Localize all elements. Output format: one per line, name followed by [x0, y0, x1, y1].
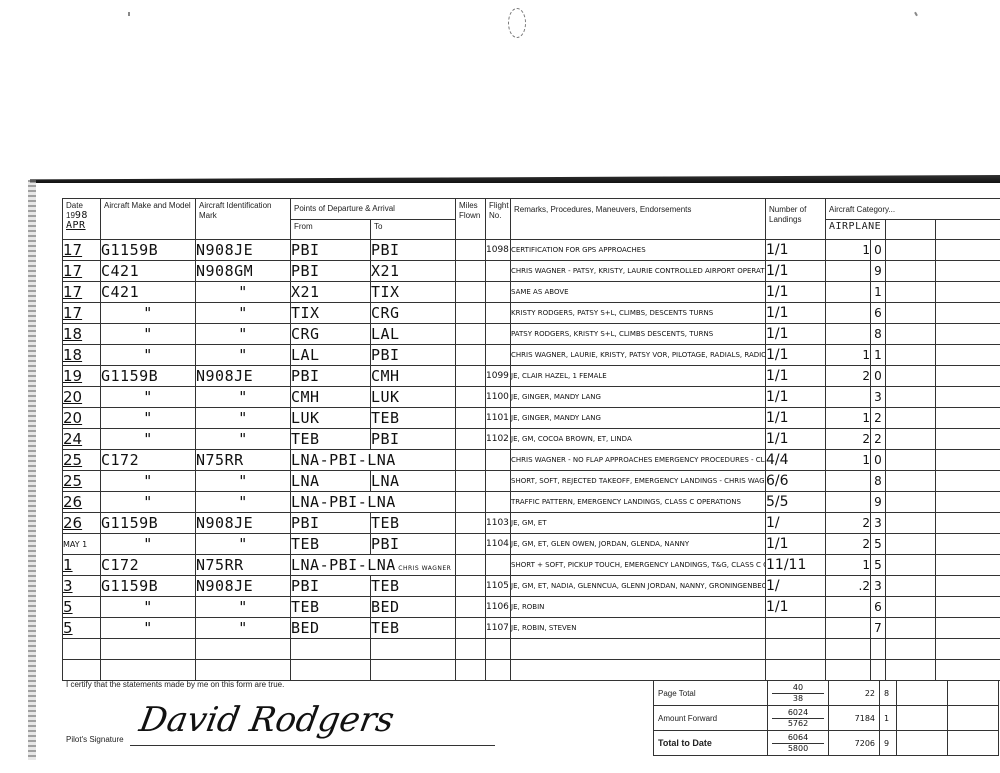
entry-airplane-hours: 1 [826, 240, 871, 261]
entry-remarks: KRISTY RODGERS, PATSY S+L, CLIMBS, DESCE… [511, 303, 766, 324]
entry-airplane-tenths: 5 [871, 534, 886, 555]
entry-flight-no: 1103 [486, 513, 511, 534]
category-blank-header [886, 220, 936, 240]
totals-airplane-tenths: 8 [880, 681, 897, 706]
empty-cell [936, 240, 1000, 261]
entry-aircraft-ident: " [196, 345, 291, 366]
entry-airplane-hours [826, 324, 871, 345]
entry-to: TEB [371, 618, 456, 639]
log-entry-row: 18""CRGLALPATSY RODGERS, KRISTY S+L, CLI… [63, 324, 1000, 345]
entry-remarks: CHRIS WAGNER - PATSY, KRISTY, LAURIE CON… [511, 261, 766, 282]
entry-airplane-tenths: 3 [871, 576, 886, 597]
empty-cell [897, 681, 948, 706]
entry-landings: 1/1 [766, 261, 826, 282]
log-entry-row: 5""BEDTEB1107JE, ROBIN, STEVEN7 [63, 618, 1000, 639]
entry-landings: 1/1 [766, 366, 826, 387]
entry-remarks: SAME AS ABOVE [511, 282, 766, 303]
entry-to: CMH [371, 366, 456, 387]
entry-landings: 1/1 [766, 534, 826, 555]
log-entry-row: 25C172N75RRLNA-PBI-LNACHRIS WAGNER - NO … [63, 450, 1000, 471]
entry-aircraft-ident: N75RR [196, 450, 291, 471]
entry-remarks: CERTIFICATION FOR GPS APPROACHES [511, 240, 766, 261]
entry-to: LUK [371, 387, 456, 408]
entry-from: X21 [291, 282, 371, 303]
airplane-category-header: AIRPLANE [826, 220, 886, 240]
entry-flight-no [486, 450, 511, 471]
entry-airplane-hours: .2 [826, 576, 871, 597]
log-entry-row: 18""LALPBICHRIS WAGNER, LAURIE, KRISTY, … [63, 345, 1000, 366]
entry-flight-no [486, 282, 511, 303]
entry-date: 25 [63, 471, 101, 492]
empty-cell [936, 366, 1000, 387]
empty-cell [948, 706, 999, 731]
log-entry-row: 17G1159BN908JEPBIPBI1098CERTIFICATION FO… [63, 240, 1000, 261]
entry-airplane-tenths: 1 [871, 282, 886, 303]
log-entry-row: 5""TEBBED1106JE, ROBIN1/16 [63, 597, 1000, 618]
empty-cell [511, 660, 766, 681]
entry-airplane-hours: 1 [826, 450, 871, 471]
entry-aircraft-model: C421 [101, 282, 196, 303]
totals-landings-night: 38 [772, 694, 824, 704]
empty-cell [291, 639, 371, 660]
entry-landings: 1/1 [766, 282, 826, 303]
log-entry-row [63, 639, 1000, 660]
entry-airplane-tenths: 9 [871, 261, 886, 282]
entry-airplane-tenths: 9 [871, 492, 886, 513]
miles-flown-header: Miles Flown [456, 199, 486, 240]
entry-to: LAL [371, 324, 456, 345]
log-entry-row: 17C421N908GMPBIX21CHRIS WAGNER - PATSY, … [63, 261, 1000, 282]
entry-miles [456, 471, 486, 492]
entry-aircraft-model: " [101, 597, 196, 618]
empty-cell [196, 639, 291, 660]
empty-cell [886, 639, 936, 660]
log-entry-row: 17""TIXCRGKRISTY RODGERS, PATSY S+L, CLI… [63, 303, 1000, 324]
entry-flight-no: 1098 [486, 240, 511, 261]
entry-flight-no: 1100 [486, 387, 511, 408]
log-entry-row [63, 660, 1000, 681]
empty-cell [886, 513, 936, 534]
entry-remarks: JE, GM, COCOA BROWN, ET, LINDA [511, 429, 766, 450]
totals-row: Amount Forward6024576271841 [654, 706, 999, 731]
empty-cell [886, 450, 936, 471]
entry-date: 17 [63, 261, 101, 282]
entry-date: 17 [63, 240, 101, 261]
entry-route: LNA-PBI-LNA [291, 492, 456, 513]
entry-airplane-tenths: 2 [871, 429, 886, 450]
empty-cell [886, 660, 936, 681]
entry-date: 17 [63, 303, 101, 324]
entry-from: CMH [291, 387, 371, 408]
empty-cell [486, 639, 511, 660]
empty-cell [886, 534, 936, 555]
empty-cell [886, 492, 936, 513]
empty-cell [826, 660, 871, 681]
aircraft-ident-header: Aircraft Identification Mark [196, 199, 291, 240]
entry-route-note: CHRIS WAGNER [396, 565, 451, 572]
entry-landings: 1/1 [766, 408, 826, 429]
from-header: From [291, 220, 371, 240]
empty-cell [886, 324, 936, 345]
empty-cell [886, 555, 936, 576]
totals-landings: 60245762 [768, 706, 829, 731]
empty-cell [936, 660, 1000, 681]
empty-cell [456, 639, 486, 660]
log-entry-row: 20""LUKTEB1101JE, GINGER, MANDY LANG1/11… [63, 408, 1000, 429]
entry-remarks: JE, GM, ET [511, 513, 766, 534]
totals-airplane-hours: 7184 [829, 706, 880, 731]
empty-cell [871, 660, 886, 681]
entry-remarks: JE, GINGER, MANDY LANG [511, 387, 766, 408]
entry-landings: 1/1 [766, 303, 826, 324]
entry-to: LNA [371, 471, 456, 492]
flight-no-header: Flight No. [486, 199, 511, 240]
entry-airplane-hours [826, 261, 871, 282]
entry-aircraft-ident: N908JE [196, 576, 291, 597]
entry-airplane-hours [826, 303, 871, 324]
entry-to: TEB [371, 576, 456, 597]
entry-airplane-tenths: 7 [871, 618, 886, 639]
entry-flight-no: 1104 [486, 534, 511, 555]
empty-cell [886, 366, 936, 387]
entry-from: PBI [291, 576, 371, 597]
entry-aircraft-ident: N908GM [196, 261, 291, 282]
empty-cell [871, 639, 886, 660]
entry-from: LAL [291, 345, 371, 366]
entry-remarks: SHORT + SOFT, PICKUP TOUCH, EMERGENCY LA… [511, 555, 766, 576]
empty-cell [511, 639, 766, 660]
totals-airplane-hours: 7206 [829, 731, 880, 756]
entry-from: TEB [291, 597, 371, 618]
entry-landings: 1/1 [766, 240, 826, 261]
entry-landings: 5/5 [766, 492, 826, 513]
entry-to: TEB [371, 513, 456, 534]
empty-cell [936, 555, 1000, 576]
entry-aircraft-model: " [101, 429, 196, 450]
empty-cell [886, 471, 936, 492]
entry-date: 18 [63, 324, 101, 345]
entry-miles [456, 282, 486, 303]
category-blank-header [936, 220, 1000, 240]
entry-airplane-tenths: 5 [871, 555, 886, 576]
empty-cell [897, 706, 948, 731]
entry-date: 18 [63, 345, 101, 366]
entry-airplane-hours [826, 471, 871, 492]
entry-landings [766, 618, 826, 639]
entry-aircraft-model: " [101, 345, 196, 366]
signature-label: Pilot's Signature [66, 735, 124, 744]
entry-flight-no [486, 324, 511, 345]
empty-cell [371, 660, 456, 681]
entry-airplane-hours: 2 [826, 513, 871, 534]
entry-aircraft-model: " [101, 618, 196, 639]
entry-miles [456, 534, 486, 555]
log-entry-row: 19G1159BN908JEPBICMH1099JE, CLAIR HAZEL,… [63, 366, 1000, 387]
empty-cell [886, 303, 936, 324]
entry-airplane-hours [826, 387, 871, 408]
empty-cell [936, 303, 1000, 324]
empty-cell [886, 282, 936, 303]
entry-landings: 11/11 [766, 555, 826, 576]
entry-aircraft-ident: " [196, 303, 291, 324]
empty-cell [936, 387, 1000, 408]
entry-aircraft-ident: " [196, 408, 291, 429]
entry-airplane-hours [826, 282, 871, 303]
empty-cell [456, 660, 486, 681]
entry-aircraft-model: " [101, 408, 196, 429]
entry-to: PBI [371, 534, 456, 555]
empty-cell [63, 639, 101, 660]
entry-airplane-tenths: 2 [871, 408, 886, 429]
entry-landings: 1/1 [766, 387, 826, 408]
empty-cell [936, 513, 1000, 534]
empty-cell [948, 731, 999, 756]
entry-from: LUK [291, 408, 371, 429]
entry-aircraft-ident: " [196, 387, 291, 408]
entry-from: LNA [291, 471, 371, 492]
entry-date: 24 [63, 429, 101, 450]
entry-to: TIX [371, 282, 456, 303]
entry-miles [456, 345, 486, 366]
entry-aircraft-model: C172 [101, 450, 196, 471]
entry-remarks: SHORT, SOFT, REJECTED TAKEOFF, EMERGENCY… [511, 471, 766, 492]
entry-aircraft-ident: " [196, 618, 291, 639]
empty-cell [886, 345, 936, 366]
signature-line [130, 745, 495, 746]
log-entry-row: 24""TEBPBI1102JE, GM, COCOA BROWN, ET, L… [63, 429, 1000, 450]
entry-to: BED [371, 597, 456, 618]
totals-airplane-tenths: 1 [880, 706, 897, 731]
empty-cell [101, 639, 196, 660]
totals-landings-day: 6064 [772, 733, 824, 744]
hole-punch-mark [508, 8, 526, 38]
entry-airplane-tenths: 0 [871, 240, 886, 261]
log-entry-row: 1C172N75RRLNA-PBI-LNA CHRIS WAGNERSHORT … [63, 555, 1000, 576]
entry-aircraft-ident: " [196, 471, 291, 492]
log-entry-row: 26G1159BN908JEPBITEB1103JE, GM, ET1/23 [63, 513, 1000, 534]
entry-from: BED [291, 618, 371, 639]
empty-cell [936, 345, 1000, 366]
entry-flight-no [486, 345, 511, 366]
entry-date: 25 [63, 450, 101, 471]
entry-aircraft-model: C421 [101, 261, 196, 282]
page-binding-edge [28, 180, 36, 760]
totals-landings-night: 5762 [772, 719, 824, 729]
entry-flight-no: 1105 [486, 576, 511, 597]
entry-from: PBI [291, 261, 371, 282]
entry-aircraft-ident: " [196, 492, 291, 513]
entry-airplane-tenths: 0 [871, 450, 886, 471]
entry-landings: 1/1 [766, 597, 826, 618]
entry-airplane-hours [826, 492, 871, 513]
empty-cell [936, 324, 1000, 345]
empty-cell [766, 660, 826, 681]
empty-cell [936, 576, 1000, 597]
entry-airplane-tenths: 8 [871, 324, 886, 345]
page-edge-shadow [30, 175, 1000, 183]
entry-flight-no: 1099 [486, 366, 511, 387]
entry-from: PBI [291, 240, 371, 261]
entry-remarks: JE, ROBIN, STEVEN [511, 618, 766, 639]
entry-airplane-tenths: 8 [871, 471, 886, 492]
entry-flight-no [486, 492, 511, 513]
entry-aircraft-ident: " [196, 429, 291, 450]
entry-from: TIX [291, 303, 371, 324]
scan-speck [914, 12, 918, 16]
entry-flight-no: 1101 [486, 408, 511, 429]
totals-landings-night: 5800 [772, 744, 824, 754]
empty-cell [886, 387, 936, 408]
logbook-rows: 17G1159BN908JEPBIPBI1098CERTIFICATION FO… [63, 240, 1000, 681]
empty-cell [196, 660, 291, 681]
certification-statement: I certify that the statements made by me… [66, 680, 284, 689]
entry-aircraft-model: C172 [101, 555, 196, 576]
entry-flight-no [486, 303, 511, 324]
entry-date: 19 [63, 366, 101, 387]
entry-airplane-tenths: 0 [871, 366, 886, 387]
entry-flight-no: 1107 [486, 618, 511, 639]
empty-cell [886, 429, 936, 450]
entry-aircraft-ident: N908JE [196, 240, 291, 261]
totals-landings-day: 6024 [772, 708, 824, 719]
entry-remarks: JE, GM, ET, GLEN OWEN, JORDAN, GLENDA, N… [511, 534, 766, 555]
log-entry-row: 3G1159BN908JEPBITEB1105JE, GM, ET, NADIA… [63, 576, 1000, 597]
totals-landings: 4038 [768, 681, 829, 706]
empty-cell [886, 597, 936, 618]
empty-cell [371, 639, 456, 660]
landings-header: Number of Landings [766, 199, 826, 240]
entry-to: PBI [371, 429, 456, 450]
entry-miles [456, 429, 486, 450]
empty-cell [936, 429, 1000, 450]
entry-miles [456, 492, 486, 513]
entry-aircraft-model: G1159B [101, 240, 196, 261]
entry-aircraft-model: " [101, 324, 196, 345]
points-header: Points of Departure & Arrival [291, 199, 456, 220]
entry-landings: 1/1 [766, 429, 826, 450]
entry-remarks: TRAFFIC PATTERN, EMERGENCY LANDINGS, CLA… [511, 492, 766, 513]
log-entry-row: 26""LNA-PBI-LNATRAFFIC PATTERN, EMERGENC… [63, 492, 1000, 513]
entry-landings: 4/4 [766, 450, 826, 471]
empty-cell [886, 408, 936, 429]
entry-from: TEB [291, 534, 371, 555]
entry-remarks: JE, GM, ET, NADIA, GLENNCUA, GLENN JORDA… [511, 576, 766, 597]
entry-remarks: CHRIS WAGNER, LAURIE, KRISTY, PATSY VOR,… [511, 345, 766, 366]
log-entry-row: 20""CMHLUK1100JE, GINGER, MANDY LANG1/13 [63, 387, 1000, 408]
log-entry-row: MAY 1""TEBPBI1104JE, GM, ET, GLEN OWEN, … [63, 534, 1000, 555]
entry-aircraft-ident: " [196, 534, 291, 555]
entry-aircraft-model: " [101, 387, 196, 408]
empty-cell [63, 660, 101, 681]
empty-cell [936, 450, 1000, 471]
entry-aircraft-model: G1159B [101, 576, 196, 597]
entry-miles [456, 618, 486, 639]
empty-cell [826, 639, 871, 660]
empty-cell [897, 731, 948, 756]
totals-label: Total to Date [654, 731, 768, 756]
entry-airplane-tenths: 6 [871, 303, 886, 324]
log-entry-row: 17C421"X21TIXSAME AS ABOVE1/11 [63, 282, 1000, 303]
entry-landings: 1/ [766, 576, 826, 597]
entry-flight-no: 1106 [486, 597, 511, 618]
entry-landings: 1/1 [766, 345, 826, 366]
entry-to: PBI [371, 345, 456, 366]
entry-aircraft-model: " [101, 303, 196, 324]
entry-airplane-hours: 2 [826, 366, 871, 387]
totals-row: Page Total4038228 [654, 681, 999, 706]
entry-miles [456, 513, 486, 534]
entry-from: CRG [291, 324, 371, 345]
entry-aircraft-model: G1159B [101, 513, 196, 534]
totals-table: Page Total4038228Amount Forward602457627… [653, 680, 999, 756]
entry-airplane-hours [826, 597, 871, 618]
entry-landings: 1/ [766, 513, 826, 534]
entry-date: 5 [63, 618, 101, 639]
totals-landings: 60645800 [768, 731, 829, 756]
empty-cell [936, 492, 1000, 513]
entry-flight-no [486, 471, 511, 492]
log-entry-row: 25""LNALNASHORT, SOFT, REJECTED TAKEOFF,… [63, 471, 1000, 492]
to-header: To [371, 220, 456, 240]
totals-landings-day: 40 [772, 683, 824, 694]
empty-cell [936, 639, 1000, 660]
entry-aircraft-ident: N75RR [196, 555, 291, 576]
totals-label: Amount Forward [654, 706, 768, 731]
entry-miles [456, 303, 486, 324]
entry-date: 20 [63, 387, 101, 408]
empty-cell [936, 282, 1000, 303]
empty-cell [936, 534, 1000, 555]
empty-cell [936, 471, 1000, 492]
empty-cell [886, 240, 936, 261]
entry-aircraft-model: G1159B [101, 366, 196, 387]
entry-from: PBI [291, 513, 371, 534]
entry-landings: 6/6 [766, 471, 826, 492]
logbook-table: Date 1998 APR Aircraft Make and Model Ai… [62, 198, 1000, 681]
empty-cell [766, 639, 826, 660]
entry-remarks: JE, CLAIR HAZEL, 1 FEMALE [511, 366, 766, 387]
entry-airplane-hours [826, 618, 871, 639]
entry-to: TEB [371, 408, 456, 429]
entry-from: TEB [291, 429, 371, 450]
entry-to: PBI [371, 240, 456, 261]
entry-date: 5 [63, 597, 101, 618]
totals-airplane-tenths: 9 [880, 731, 897, 756]
entry-date: 26 [63, 513, 101, 534]
totals-airplane-hours: 22 [829, 681, 880, 706]
entry-miles [456, 240, 486, 261]
empty-cell [291, 660, 371, 681]
entry-airplane-hours: 2 [826, 429, 871, 450]
empty-cell [936, 618, 1000, 639]
entry-miles [456, 597, 486, 618]
entry-landings: 1/1 [766, 324, 826, 345]
entry-to: X21 [371, 261, 456, 282]
entry-airplane-tenths: 6 [871, 597, 886, 618]
totals-row: Total to Date6064580072069 [654, 731, 999, 756]
entry-miles [456, 261, 486, 282]
entry-miles [456, 387, 486, 408]
entry-aircraft-model: " [101, 492, 196, 513]
aircraft-category-header: Aircraft Category... [826, 199, 1000, 220]
entry-to: CRG [371, 303, 456, 324]
entry-remarks: JE, ROBIN [511, 597, 766, 618]
entry-airplane-tenths: 3 [871, 513, 886, 534]
entry-from: PBI [291, 366, 371, 387]
entry-miles [456, 450, 486, 471]
entry-remarks: PATSY RODGERS, KRISTY S+L, CLIMBS DESCEN… [511, 324, 766, 345]
entry-miles [456, 366, 486, 387]
